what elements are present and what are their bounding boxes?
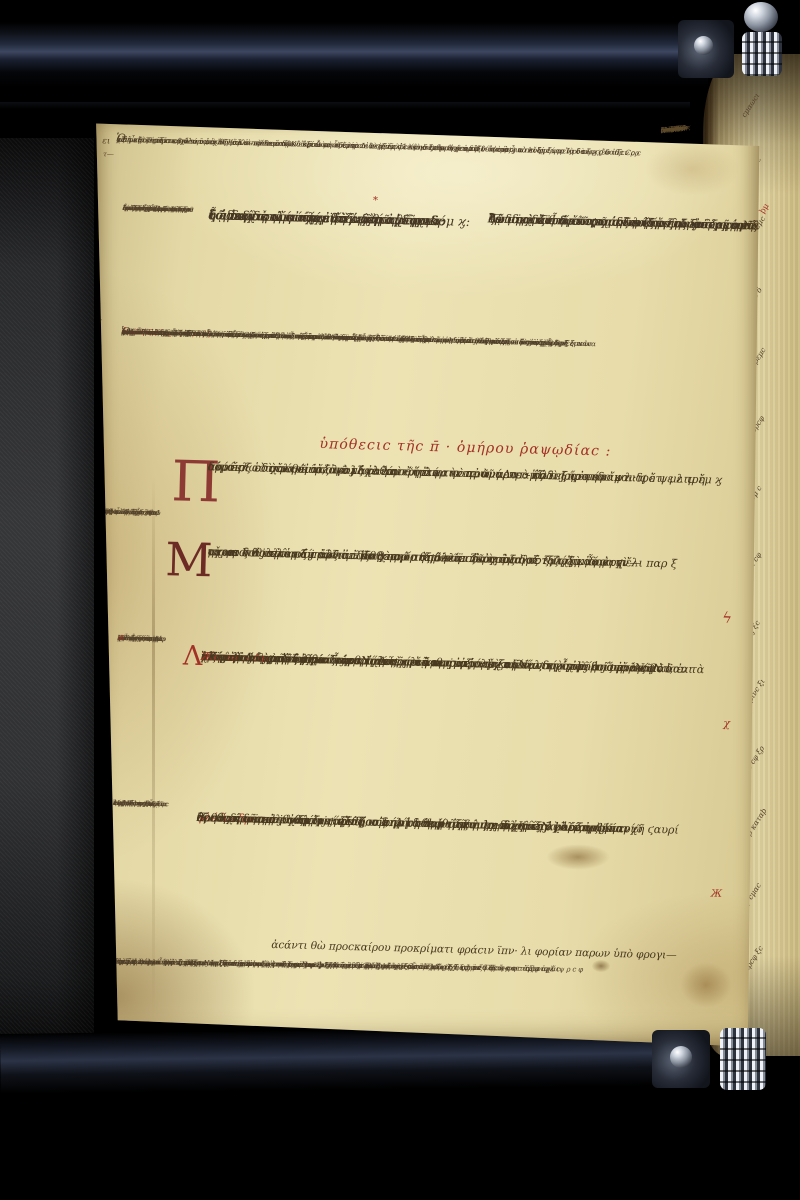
margin-mark-lambda: λ·: [96, 316, 103, 324]
clamp-knurled-knob: [742, 32, 782, 76]
clamp-screw-head: [694, 36, 713, 55]
text-line: ὑ δὲ καὶ λεύξει ϲαινὸν τε, ἃ πῶ καὶ ὁ πο…: [116, 133, 523, 157]
margin-scholion-4: Ἠ ξικ παφυϲ τϊἠϗε τξλαϲ ὦϲακριαϲ φ ξψετπ…: [113, 797, 209, 800]
text-line: πρότιρ· ὡϲ χφόρῶ ἀπολῶ ϳ ἀφαιρουῶ τὸ παι…: [208, 455, 592, 488]
text-line: δώδεκ δὲ προπάροιθε μεῶμ αὐδοχεδόμ ϗ:: [208, 205, 470, 232]
initial-mu: Μ: [165, 536, 213, 583]
text-line: μεται ϛ πολλοι ϲάμ ἀρξ ἰμ δῖϲ ϛ οαρ πηξ …: [207, 541, 640, 575]
text-line: ὸΔε ὁ λί λαο ται: [104, 504, 159, 519]
red-chi-icon: χ: [723, 717, 730, 730]
red-asterisk-icon: *: [373, 195, 378, 206]
red-koppa-icon: ϟ: [722, 609, 732, 627]
quire-mark-ei: ει: [102, 136, 110, 146]
scholion-paragraph-4: λεϲαμεμοῖ πρ λιψαμ ἰμαί ξεθμου κιμήϲη πα…: [197, 807, 753, 822]
text-line: — ϲρ ξ: [660, 123, 681, 139]
mid-scholia-block: Ὁ πὲ κπῆ καὶ ἄρ ὦ ψηὴ τωτ λόρ· ἄλλὰ πῶ ἀ…: [122, 327, 764, 344]
verse-column-right: Ἁῦ μτ χρξ ὦ ἄ τῶ μα· δωλή ητρίαν ἀκερῆ π…: [489, 208, 764, 215]
rail-reflection: [0, 102, 690, 109]
manuscript-page: ει τ— Ὁ χῶ μαξελήμη ϲιωβιό τοῦ ἀϲωθῇ· ἄλ…: [88, 116, 764, 1054]
clamp-knurled-knob-bottom: [720, 1028, 766, 1090]
hypothesis-paragraph-2: αχοιρ ταὶ περὶ τῶ πρω τοτλάθ χ μηὸϲ θημέ…: [208, 541, 758, 555]
red-zhe-icon: Ж: [711, 888, 723, 899]
margin-scholion-3: Καλὸν δία τάρπεδε χρ ϲ πλϲξψ· ὦ ωτὰ τϲφχ…: [118, 631, 214, 634]
clamp-bottom-right: [650, 1022, 790, 1102]
text-line: νϛφρξ· :—: [113, 797, 146, 811]
quire-mark-tau: τ—: [103, 150, 114, 158]
page-content: ει τ— Ὁ χῶ μαξελήμη ϲιωβιό τοῦ ἀϲωθῇ· ἄλ…: [88, 116, 764, 1054]
cradle-cloth: [0, 138, 94, 1050]
manuscript-photograph: ὡϲ ϸφ αηϛϛξ πκϲ ωφω λϸϲ·ϛαϲϗ πιξπτ πρϲ ϳ…: [0, 0, 800, 1200]
clamp-knob-ball: [744, 2, 778, 32]
scholion-paragraph-3: ιαϊκὸ ὁ Δῶ ϛ αἰτί ρήμκ ὦ ἱρθΝί Δ τ χίρων…: [201, 645, 757, 660]
text-line: δοηθ χήρομι ἀ ϳ λόηφ τ ϛάρκ φ ιων τρί δ …: [196, 807, 679, 842]
text-segment: ϟΡήτιου ϳ τὴμ τοὐάχλα: [201, 645, 328, 671]
verse-column-left: τῶ ἐν χτροὶ φόωϲ ἐμὴ λιχὴ πολέμοιο·ἦ ἐμα…: [209, 205, 485, 212]
text-line: δωδ ϊκ δὲ ϐ προτα τ μηῶμ ἔκτ ξὶμ ξαϊό ϛρ…: [488, 208, 753, 236]
text-line: Ἐρεθίηκ ὡϲ πάντα ὑφιλοτόξυφϲ πρ ἰ ααδιϳ …: [97, 955, 447, 973]
clamp-screw-head-bottom: [670, 1046, 692, 1068]
text-line: καὶ οὓϲ ὡϲ πάλξ πω ταδ ἰὰ πὸ ιλ ξ λο φρα…: [121, 327, 555, 349]
text-line: πρ ωλ ιϲ — ϸξ: [122, 203, 165, 215]
clamp-top-right: [664, 0, 800, 96]
text-segment: ιδ: [117, 631, 124, 645]
margin-mark-iota: ϊ: [98, 798, 101, 807]
margin-mark-beta: β̄: [97, 392, 102, 401]
scanner-rail-top: [0, 22, 708, 88]
